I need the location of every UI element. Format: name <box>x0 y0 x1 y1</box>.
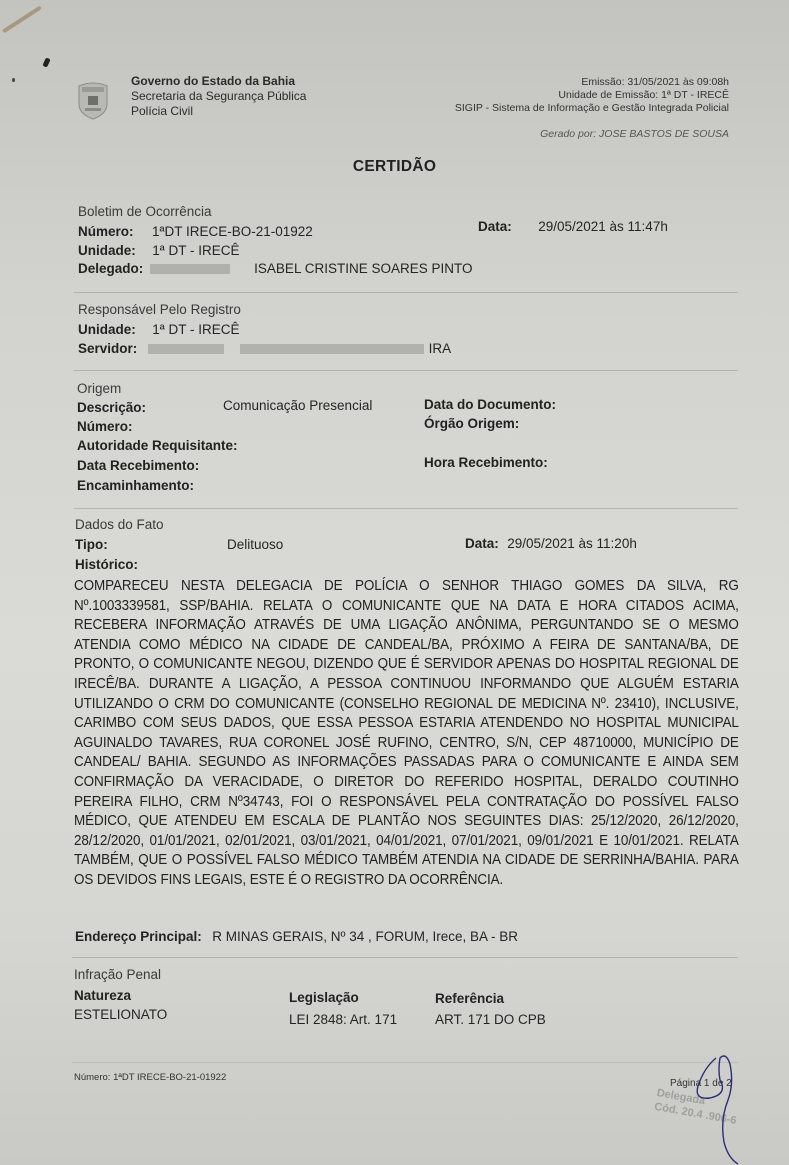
section-fato: Dados do Fato <box>75 517 164 532</box>
section-infracao: Infração Penal <box>74 967 161 982</box>
numero-value: 1ªDT IRECE-BO-21-01922 <box>152 224 313 239</box>
boletim-data-row: Data: 29/05/2021 às 11:47h <box>478 218 668 236</box>
col-legislacao: Legislação <box>289 990 359 1005</box>
divider <box>72 957 738 958</box>
section-origem: Origem <box>77 381 121 396</box>
emission-unit: Unidade de Emissão: 1ª DT - IRECÊ <box>455 89 729 102</box>
endereco-value: R MINAS GERAIS, Nº 34 , FORUM, Irece, BA… <box>212 929 518 944</box>
data-value: 29/05/2021 às 11:20h <box>507 536 637 551</box>
responsavel-servidor-row: Servidor: IRA <box>78 340 451 358</box>
servidor-value: IRA <box>429 341 452 356</box>
ink-mark <box>42 57 50 67</box>
data-value: 29/05/2021 às 11:47h <box>538 219 668 234</box>
pen-mark <box>2 5 42 33</box>
redacted-id <box>148 344 224 354</box>
data-recebimento-label: Data Recebimento: <box>77 458 199 473</box>
divider <box>72 1062 738 1063</box>
historico-label: Histórico: <box>75 557 138 572</box>
signature-icon <box>690 1050 760 1165</box>
origem-numero-label: Número: <box>77 419 133 434</box>
unidade-value: 1ª DT - IRECÊ <box>152 322 239 337</box>
unidade-label: Unidade: <box>78 322 136 337</box>
emission-info: Emissão: 31/05/2021 às 09:08h Unidade de… <box>455 76 729 115</box>
unidade-label: Unidade: <box>78 243 136 258</box>
data-label: Data: <box>478 219 512 234</box>
generated-by: Gerado por: JOSE BASTOS DE SOUSA <box>540 128 729 140</box>
tipo-value: Delituoso <box>227 537 283 552</box>
section-boletim: Boletim de Ocorrência <box>78 204 212 219</box>
footer-numero: Número: 1ªDT IRECE-BO-21-01922 <box>74 1072 226 1083</box>
boletim-delegado-row: Delegado: ISABEL CRISTINE SOARES PINTO <box>78 260 472 278</box>
autoridade-label: Autoridade Requisitante: <box>77 438 238 453</box>
divider <box>74 292 738 293</box>
col-referencia: Referência <box>435 991 504 1006</box>
delegado-label: Delegado: <box>78 261 143 276</box>
delegado-value: ISABEL CRISTINE SOARES PINTO <box>254 261 472 276</box>
boletim-numero-row: Número: 1ªDT IRECE-BO-21-01922 <box>78 223 313 241</box>
encaminhamento-label: Encaminhamento: <box>77 478 194 493</box>
servidor-label: Servidor: <box>78 341 137 356</box>
emission-date: Emissão: 31/05/2021 às 09:08h <box>455 76 729 89</box>
endereco-label: Endereço Principal: <box>75 929 202 944</box>
descricao-label: Descrição: <box>77 400 146 415</box>
natureza-value: ESTELIONATO <box>74 1007 167 1022</box>
fato-data-row: Data: 29/05/2021 às 11:20h <box>465 535 637 553</box>
tipo-label: Tipo: <box>75 537 108 552</box>
historico-text: COMPARECEU NESTA DELEGACIA DE POLÍCIA O … <box>74 577 739 891</box>
divider <box>74 370 738 371</box>
data-documento-label: Data do Documento: <box>424 397 556 412</box>
ink-mark <box>12 78 15 82</box>
legislacao-value: LEI 2848: Art. 171 <box>289 1012 397 1027</box>
org-secretariat: Secretaria da Segurança Pública <box>131 89 306 104</box>
col-natureza: Natureza <box>74 988 131 1003</box>
section-responsavel: Responsável Pelo Registro <box>78 302 241 317</box>
hora-recebimento-label: Hora Recebimento: <box>424 455 548 470</box>
redacted-name <box>240 344 424 354</box>
endereco-row: Endereço Principal: R MINAS GERAIS, Nº 3… <box>75 928 518 946</box>
descricao-value: Comunicação Presencial <box>223 398 372 413</box>
unidade-value: 1ª DT - IRECÊ <box>152 243 239 258</box>
document-title: CERTIDÃO <box>0 158 789 176</box>
referencia-value: ART. 171 DO CPB <box>435 1012 546 1027</box>
police-badge-icon <box>75 80 111 120</box>
redacted-id <box>150 264 230 274</box>
organization-header: Governo do Estado da Bahia Secretaria da… <box>131 74 306 119</box>
divider <box>74 508 738 509</box>
responsavel-unidade-row: Unidade: 1ª DT - IRECÊ <box>78 321 239 339</box>
boletim-unidade-row: Unidade: 1ª DT - IRECÊ <box>78 242 239 260</box>
org-government: Governo do Estado da Bahia <box>131 74 306 89</box>
system-name: SIGIP - Sistema de Informação e Gestão I… <box>455 102 729 115</box>
orgao-origem-label: Órgão Origem: <box>424 416 519 431</box>
data-label: Data: <box>465 536 499 551</box>
numero-label: Número: <box>78 224 134 239</box>
org-police: Polícia Civil <box>131 104 306 119</box>
